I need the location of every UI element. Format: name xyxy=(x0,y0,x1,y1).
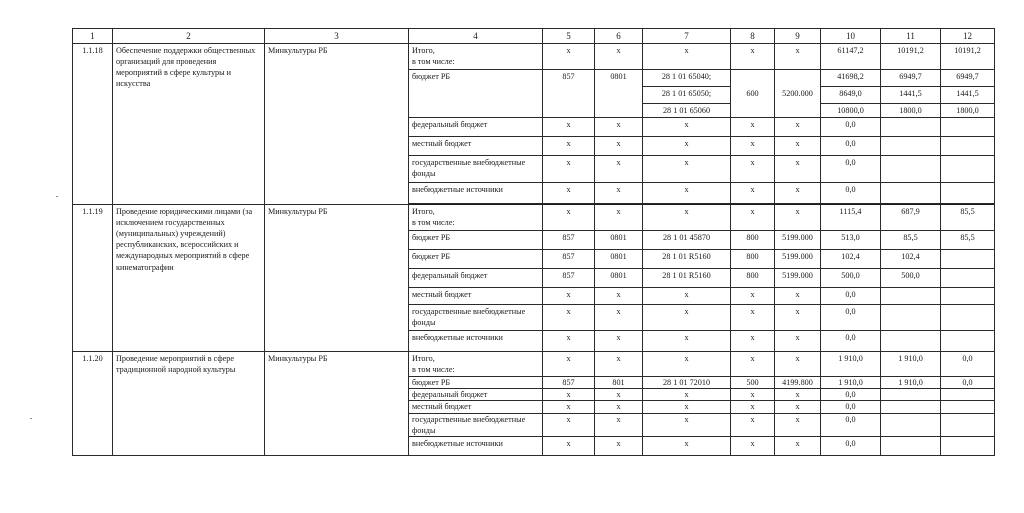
cell xyxy=(881,183,941,204)
source-label: местный бюджет xyxy=(409,401,543,413)
cell xyxy=(941,389,995,401)
cell: 85,5 xyxy=(881,231,941,250)
cell: x xyxy=(543,118,595,137)
item-executor: Минкультуры РБ xyxy=(265,352,409,455)
cell: 857 xyxy=(543,250,595,269)
source-label: Итого,в том числе: xyxy=(409,352,543,377)
cell: x xyxy=(595,401,643,413)
col-header: 6 xyxy=(595,29,643,44)
cell: 857 xyxy=(543,70,595,118)
cell: 800 xyxy=(731,269,775,288)
cell: x xyxy=(595,305,643,331)
cell: 0,0 xyxy=(821,436,881,455)
source-label: бюджет РБ xyxy=(409,250,543,269)
cell: 102,4 xyxy=(881,250,941,269)
cell xyxy=(941,331,995,352)
source-label: местный бюджет xyxy=(409,137,543,156)
col-header: 10 xyxy=(821,29,881,44)
cell: 5199.000 xyxy=(775,250,821,269)
item-executor: Минкультуры РБ xyxy=(265,44,409,205)
cell: x xyxy=(595,436,643,455)
source-label: государственные внебюджетные фонды xyxy=(409,305,543,331)
cell: x xyxy=(731,389,775,401)
cell: 5199.000 xyxy=(775,269,821,288)
item-code: 1.1.19 xyxy=(73,205,113,352)
cell: x xyxy=(775,389,821,401)
cell: 0801 xyxy=(595,250,643,269)
item-executor: Минкультуры РБ xyxy=(265,205,409,352)
cell: x xyxy=(775,137,821,156)
cell: x xyxy=(595,137,643,156)
cell xyxy=(941,436,995,455)
cell: x xyxy=(775,413,821,436)
cell: 85,5 xyxy=(941,231,995,250)
cell: x xyxy=(543,389,595,401)
cell: 10191,2 xyxy=(941,44,995,70)
cell: 1115,4 xyxy=(821,205,881,231)
source-label: внебюджетные источники xyxy=(409,331,543,352)
cell xyxy=(881,288,941,305)
cell: 0,0 xyxy=(821,331,881,352)
cell: 0,0 xyxy=(941,352,995,377)
cell: 857 xyxy=(543,377,595,389)
col-header: 2 xyxy=(113,29,265,44)
cell xyxy=(881,413,941,436)
cell: x xyxy=(595,331,643,352)
cell: 0801 xyxy=(595,70,643,118)
cell: x xyxy=(775,288,821,305)
cell: x xyxy=(543,436,595,455)
source-label: государственные внебюджетные фонды xyxy=(409,413,543,436)
cell: 10800,0 xyxy=(821,104,881,118)
scan-speck xyxy=(30,418,32,419)
cell: x xyxy=(595,156,643,183)
cell: x xyxy=(775,118,821,137)
source-label: Итого,в том числе: xyxy=(409,205,543,231)
col-header: 9 xyxy=(775,29,821,44)
source-label: Итого,в том числе: xyxy=(409,44,543,70)
col-header: 12 xyxy=(941,29,995,44)
cell xyxy=(941,183,995,204)
col-header: 11 xyxy=(881,29,941,44)
cell: x xyxy=(643,436,731,455)
cell: x xyxy=(543,183,595,204)
column-number-header: 1 2 3 4 5 6 7 8 9 10 11 12 xyxy=(73,29,995,44)
source-label: федеральный бюджет xyxy=(409,118,543,137)
cell: x xyxy=(543,288,595,305)
cell: 857 xyxy=(543,269,595,288)
cell: 41698,2 xyxy=(821,70,881,87)
cell: x xyxy=(775,436,821,455)
cell xyxy=(941,401,995,413)
cell: 28 1 01 65060 xyxy=(643,104,731,118)
cell: 10191,2 xyxy=(881,44,941,70)
cell: 6949,7 xyxy=(881,70,941,87)
cell: x xyxy=(731,205,775,231)
cell: x xyxy=(543,44,595,70)
cell: 0,0 xyxy=(821,183,881,204)
cell: x xyxy=(595,413,643,436)
cell xyxy=(881,401,941,413)
cell xyxy=(941,250,995,269)
cell: 102,4 xyxy=(821,250,881,269)
source-label: федеральный бюджет xyxy=(409,269,543,288)
cell: 0,0 xyxy=(821,118,881,137)
cell: 1 910,0 xyxy=(821,377,881,389)
cell: 0,0 xyxy=(821,305,881,331)
cell: 1 910,0 xyxy=(881,377,941,389)
cell: x xyxy=(731,156,775,183)
cell: 28 1 01 R5160 xyxy=(643,250,731,269)
cell xyxy=(881,436,941,455)
cell: 687,9 xyxy=(881,205,941,231)
cell: x xyxy=(543,305,595,331)
item-name: Проведение юридическими лицами (за исклю… xyxy=(113,205,265,352)
cell: 0,0 xyxy=(821,389,881,401)
cell: x xyxy=(595,352,643,377)
cell: x xyxy=(595,183,643,204)
cell: 500 xyxy=(731,377,775,389)
cell: x xyxy=(595,118,643,137)
cell: x xyxy=(543,137,595,156)
cell: 0,0 xyxy=(821,413,881,436)
cell: 500,0 xyxy=(881,269,941,288)
cell: x xyxy=(775,305,821,331)
col-header: 8 xyxy=(731,29,775,44)
cell xyxy=(881,118,941,137)
cell: x xyxy=(731,331,775,352)
cell: 857 xyxy=(543,231,595,250)
cell: 5199.000 xyxy=(775,231,821,250)
cell: x xyxy=(731,137,775,156)
col-header: 3 xyxy=(265,29,409,44)
col-header: 4 xyxy=(409,29,543,44)
cell: x xyxy=(595,205,643,231)
cell: x xyxy=(543,352,595,377)
cell: 513,0 xyxy=(821,231,881,250)
cell: x xyxy=(643,305,731,331)
cell: x xyxy=(731,118,775,137)
item-name: Обеспечение поддержки общественных орган… xyxy=(113,44,265,205)
cell: x xyxy=(731,305,775,331)
cell: 4199.800 xyxy=(775,377,821,389)
cell: 28 1 01 65050; xyxy=(643,87,731,104)
cell: 1441,5 xyxy=(881,87,941,104)
budget-table-document: 1 2 3 4 5 6 7 8 9 10 11 12 1.1.18 Обеспе… xyxy=(72,28,995,456)
cell: x xyxy=(643,156,731,183)
cell: x xyxy=(643,137,731,156)
cell: x xyxy=(595,44,643,70)
cell: x xyxy=(775,331,821,352)
cell: 1 910,0 xyxy=(881,352,941,377)
cell: x xyxy=(543,401,595,413)
cell: 500,0 xyxy=(821,269,881,288)
cell: 1441,5 xyxy=(941,87,995,104)
cell: 800 xyxy=(731,250,775,269)
cell: x xyxy=(595,389,643,401)
source-label: федеральный бюджет xyxy=(409,389,543,401)
source-label: бюджет РБ xyxy=(409,377,543,389)
cell: x xyxy=(731,288,775,305)
cell: 0,0 xyxy=(821,288,881,305)
cell: x xyxy=(731,352,775,377)
cell: 28 1 01 R5160 xyxy=(643,269,731,288)
cell: 801 xyxy=(595,377,643,389)
col-header: 1 xyxy=(73,29,113,44)
cell: x xyxy=(643,352,731,377)
cell: x xyxy=(643,401,731,413)
source-label: бюджет РБ xyxy=(409,231,543,250)
cell: x xyxy=(775,183,821,204)
cell: 85,5 xyxy=(941,205,995,231)
cell xyxy=(941,156,995,183)
cell: x xyxy=(543,156,595,183)
budget-table: 1 2 3 4 5 6 7 8 9 10 11 12 1.1.18 Обеспе… xyxy=(72,28,995,456)
cell: x xyxy=(731,44,775,70)
item-code: 1.1.20 xyxy=(73,352,113,455)
table-row-total: 1.1.20 Проведение мероприятий в сфере тр… xyxy=(73,352,995,377)
cell: x xyxy=(775,352,821,377)
cell xyxy=(881,305,941,331)
cell: 0,0 xyxy=(821,156,881,183)
cell: x xyxy=(775,44,821,70)
cell xyxy=(881,156,941,183)
cell: x xyxy=(643,331,731,352)
source-label: государственные внебюджетные фонды xyxy=(409,156,543,183)
cell: x xyxy=(643,205,731,231)
cell: 6949,7 xyxy=(941,70,995,87)
cell xyxy=(881,137,941,156)
cell: x xyxy=(775,156,821,183)
cell: x xyxy=(731,183,775,204)
cell: x xyxy=(643,183,731,204)
cell: 0,0 xyxy=(821,401,881,413)
source-label: местный бюджет xyxy=(409,288,543,305)
source-label: внебюджетные источники xyxy=(409,183,543,204)
source-label: бюджет РБ xyxy=(409,70,543,118)
cell xyxy=(881,389,941,401)
col-header: 5 xyxy=(543,29,595,44)
cell: 5200.000 xyxy=(775,70,821,118)
table-row-total: 1.1.19 Проведение юридическими лицами (з… xyxy=(73,205,995,231)
cell: x xyxy=(775,205,821,231)
cell: 0801 xyxy=(595,231,643,250)
table-row-total: 1.1.18 Обеспечение поддержки общественны… xyxy=(73,44,995,70)
cell xyxy=(941,137,995,156)
cell: 800 xyxy=(731,231,775,250)
cell: x xyxy=(643,389,731,401)
cell: x xyxy=(731,413,775,436)
cell: 0,0 xyxy=(941,377,995,389)
cell: x xyxy=(731,436,775,455)
cell: 600 xyxy=(731,70,775,118)
item-code: 1.1.18 xyxy=(73,44,113,205)
cell: x xyxy=(643,413,731,436)
cell: x xyxy=(595,288,643,305)
cell xyxy=(941,413,995,436)
cell: 61147,2 xyxy=(821,44,881,70)
cell: 1 910,0 xyxy=(821,352,881,377)
cell: 28 1 01 65040; xyxy=(643,70,731,87)
cell: x xyxy=(543,331,595,352)
cell: 28 1 01 45870 xyxy=(643,231,731,250)
cell xyxy=(941,269,995,288)
cell: x xyxy=(643,288,731,305)
cell: x xyxy=(643,44,731,70)
cell: 0,0 xyxy=(821,137,881,156)
col-header: 7 xyxy=(643,29,731,44)
cell: 1800,0 xyxy=(941,104,995,118)
source-label: внебюджетные источники xyxy=(409,436,543,455)
cell xyxy=(941,305,995,331)
cell xyxy=(941,288,995,305)
cell: 8649,0 xyxy=(821,87,881,104)
cell xyxy=(941,118,995,137)
cell: x xyxy=(775,401,821,413)
scan-speck xyxy=(56,196,58,197)
cell: x xyxy=(731,401,775,413)
cell: x xyxy=(643,118,731,137)
cell: 1800,0 xyxy=(881,104,941,118)
cell: 28 1 01 72010 xyxy=(643,377,731,389)
cell xyxy=(881,331,941,352)
cell: x xyxy=(543,205,595,231)
cell: 0801 xyxy=(595,269,643,288)
item-name: Проведение мероприятий в сфере традицион… xyxy=(113,352,265,455)
cell: x xyxy=(543,413,595,436)
